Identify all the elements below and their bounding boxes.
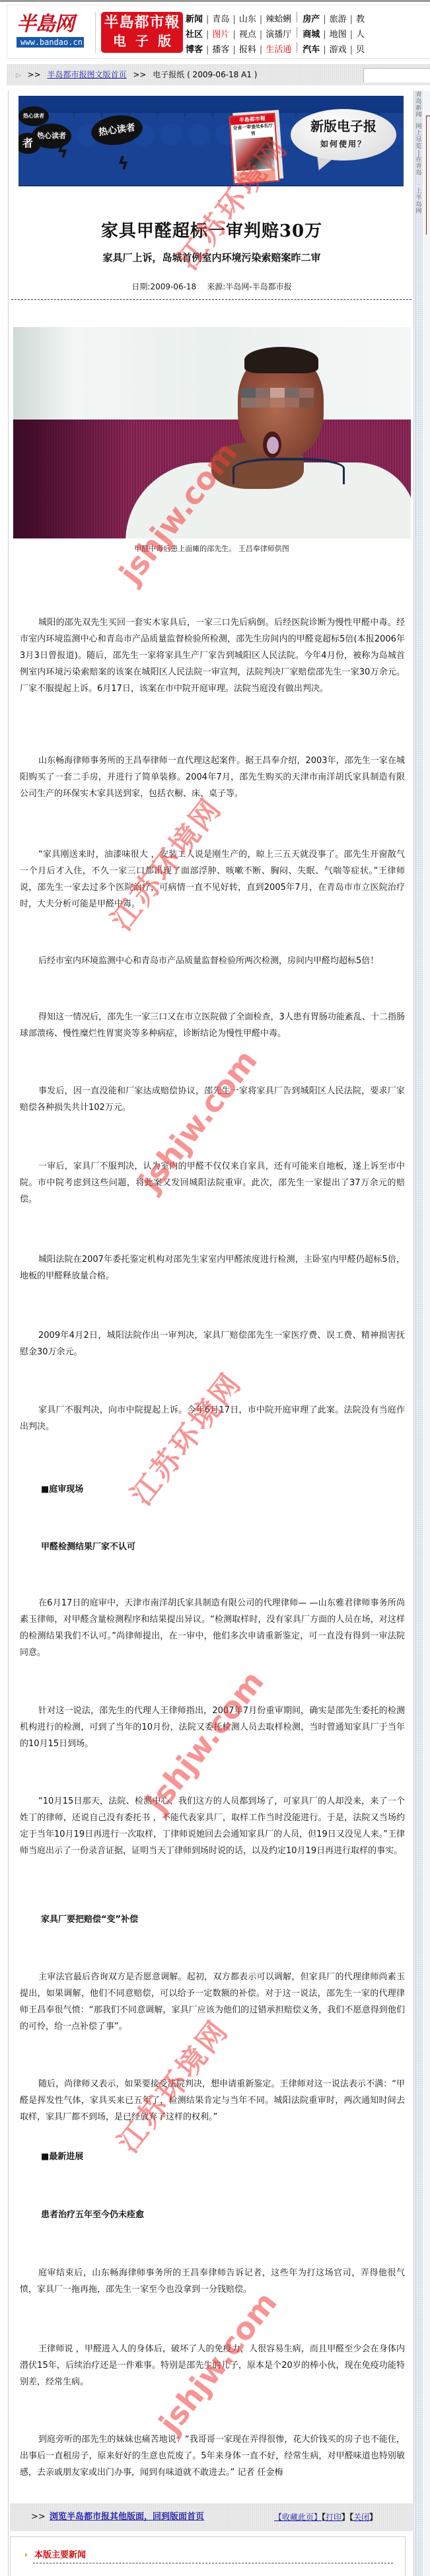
- article-paragraph: 城阳法院在2007年委托鉴定机构对邵先生家室内甲醛浓度进行检测，主卧室内甲醛仍超…: [20, 1251, 405, 1284]
- sidebar-slogan-char: 岛: [415, 202, 423, 208]
- breadcrumb-home-link[interactable]: 半岛都市报图文版首页: [47, 70, 126, 79]
- search-input[interactable]: [363, 68, 430, 83]
- article-source: 来源:半岛网-半岛都市报: [207, 282, 291, 291]
- back-to-edition-link[interactable]: 浏览半岛都市报其他版面，回到版面首页: [50, 2503, 204, 2531]
- epaper-badge-title: 半島都市報: [101, 12, 183, 33]
- article-paragraph: “家具刚送来时，油漆味很大 ，安装工人说是刚生产的，晾上三五天就没事了。邵先生开…: [20, 846, 405, 912]
- article-paragraph: 家具厂不服判决，向市中院提起上诉。今年6月17日，市中院开庭审理了此案。法院没有…: [20, 1402, 405, 1435]
- close-link[interactable]: 关闭: [353, 2513, 369, 2522]
- bracket: 】: [341, 2513, 349, 2522]
- top-nav: 新闻|青岛|山东|辣蛤蜊房产|旅游|教社区|图片|视点|演播厅商城|地图|人博客…: [186, 12, 430, 57]
- red-panel-edge: [426, 116, 430, 235]
- print-link[interactable]: 打印: [326, 2513, 341, 2522]
- article-title: 家具甲醛超标一审判赔30万: [9, 217, 415, 242]
- nav-link[interactable]: 博客: [186, 42, 203, 57]
- sidebar-slogan-char: ·: [415, 182, 423, 188]
- triangle-right-icon: ▷: [16, 72, 21, 79]
- article-paragraph: 一审后，家具厂不服判决，认为室内的甲醛不仅仅来自家具，还有可能来自地板，遂上诉至…: [20, 1158, 405, 1208]
- sidebar-slogan-char: 上: [415, 188, 423, 195]
- dotted-divider: [11, 299, 412, 300]
- article-paragraph: 王律师说 ，甲醛进入人的身体后，破坏了人的免疫力，人很容易生病，而且甲醛至少会在…: [20, 2341, 405, 2390]
- article-paragraph: 主审法官最后咨询双方是否愿意调解。起初，双方都表示可以调解，但家具厂的代理律师尚…: [20, 1969, 405, 2035]
- breadcrumb-current: 电子报纸 ( 2009-06-18 A1 ): [153, 70, 257, 79]
- article-subtitle: 家具厂上诉，岛城首例室内环境污染索赔案昨二审: [9, 250, 415, 264]
- article-paragraph: 庭审结束后，山东畅海律师事务所的王昌奉律师告诉记者，这些年为打这场官司，弄得他很…: [20, 2265, 405, 2298]
- page-tools: 【收藏此页】【打印】【关闭】: [274, 2503, 377, 2531]
- sidebar-slogan-char: 岛: [415, 98, 423, 105]
- nav-link[interactable]: 新闻: [186, 12, 203, 27]
- nav-link[interactable]: 商城: [303, 27, 320, 42]
- article-paragraph: “10月15日那天，法院、检测中心、我们这方的人员都到场了，可家具厂的人却没来，…: [20, 1793, 405, 1859]
- sidebar-slogan-char: 青: [415, 92, 423, 98]
- nav-separator: |: [350, 42, 353, 57]
- sidebar-slogan-char: 新: [415, 105, 423, 112]
- nav-separator: |: [323, 12, 326, 27]
- main-content: 热心读者 热心读者 热心读者 者 ϟ ϟ 半島都市報 全省一审查处6名厅官 新版…: [8, 91, 414, 2576]
- nav-link[interactable]: 图片: [212, 27, 229, 42]
- newspaper-image: 半島都市報 全省一审查处6名厅官: [229, 113, 279, 185]
- article-paragraph: 在6月17日的庭审中，天津市南洋胡氏家具制造有限公司的代理律师— —山东雅君律师…: [20, 1595, 405, 1661]
- section-heading: ■最新进展: [41, 2149, 83, 2165]
- nav-separator: |: [323, 27, 326, 42]
- dotted-divider: [33, 2563, 393, 2563]
- article-paragraph: 2009年4月2日，城阳法院作出一审判决，家具厂赔偿邵先生一家医疗费、误工费、精…: [20, 1327, 405, 1360]
- reader-bubble: 热心读者: [18, 106, 49, 126]
- nav-separator: |: [260, 12, 262, 27]
- sidebar-slogan-char: 在: [415, 157, 423, 163]
- sidebar-slogan-char: 半: [415, 195, 423, 202]
- nav-separator: |: [233, 12, 235, 27]
- nav-group-divider: [297, 12, 297, 22]
- breadcrumb-prefix: >>: [28, 70, 41, 79]
- article-paragraph: 得知这一情况后，邵先生一家三口又在市立医院做了全面检查，3人患有胃肠功能紊乱、十…: [20, 1009, 405, 1042]
- sidebar-slogan-char: 上: [415, 130, 423, 137]
- footer-prefix: >>: [31, 2503, 46, 2531]
- privacy-mosaic: [241, 388, 314, 408]
- article-paragraph: 随后，尚律师又表示，如果要接受法院判决，想申请重新鉴定。王律师对这一说法表示不满…: [20, 2076, 405, 2125]
- nav-separator: |: [206, 27, 209, 42]
- bookmark-link[interactable]: 【收藏此页】: [274, 2513, 322, 2522]
- nav-row: 新闻|青岛|山东|辣蛤蜊房产|旅游|教: [186, 12, 430, 27]
- nav-link[interactable]: 报料: [239, 42, 256, 57]
- newspaper-footer: [236, 170, 275, 183]
- epaper-badge[interactable]: 半島都市報 电子版: [101, 12, 183, 53]
- photo-caption: 甲醛中毒后患上面瘫的邵先生。 王昌奉律师供图: [9, 543, 415, 554]
- nav-link[interactable]: 汽车: [303, 42, 320, 57]
- article-paragraph: 山东畅海律师事务所的王昌奉律师一直代理这起案件。据王昌奉介绍，2003年，邵先生…: [20, 753, 405, 802]
- speech-bubble: 新版电子报 如何使用？: [291, 109, 396, 161]
- article-paragraph: 城阳的邵先双先生买回一套实木家具后，一家三口先后病倒。后经医院诊断为慢性甲醛中毒…: [20, 614, 405, 697]
- article-photo: [13, 327, 411, 538]
- epaper-help-banner[interactable]: 热心读者 热心读者 热心读者 者 ϟ ϟ 半島都市報 全省一审查处6名厅官 新版…: [18, 96, 404, 186]
- nav-link[interactable]: 生活通: [266, 42, 291, 57]
- section-heading: ■庭审现场: [41, 1481, 83, 1498]
- edition-news-box: 本版主要新闻: [10, 2536, 406, 2576]
- nav-group-divider: [297, 42, 297, 53]
- newspaper-photo: [234, 137, 275, 171]
- article-paragraph: 针对这一说法，邵先生的代理人王律师指出，2007年7月份重审期间，确实是邵先生委…: [20, 1703, 405, 1752]
- nav-link[interactable]: 房产: [303, 12, 320, 27]
- nav-link[interactable]: 演播厅: [266, 27, 291, 42]
- header-divider: [95, 12, 96, 53]
- nav-separator: |: [260, 42, 262, 57]
- nav-row: 社区|图片|视点|演播厅商城|地图|人: [186, 27, 430, 42]
- sidebar-slogan-char: 岛: [415, 170, 423, 176]
- breadcrumb-separator: >>: [133, 70, 146, 79]
- bracket: 】: [369, 2513, 377, 2522]
- edition-news-title: 本版主要新闻: [34, 2548, 86, 2560]
- epaper-badge-subtitle: 电子版: [101, 33, 183, 49]
- right-sidebar: [415, 91, 423, 2576]
- nav-link[interactable]: 教: [356, 12, 365, 27]
- sidebar-slogan-char: 青: [415, 163, 423, 170]
- speech-title: 新版电子报: [291, 118, 396, 134]
- right-edge-panel: [423, 91, 430, 2576]
- sidebar-slogan-char: 尽: [415, 137, 423, 143]
- nav-link[interactable]: 人: [356, 27, 365, 42]
- nav-row: 博客|播客|报料|生活通汽车|游戏|贝: [186, 42, 430, 57]
- speech-subtitle: 如何使用？: [291, 138, 396, 149]
- article-date: 日期:2009-06-18: [131, 282, 196, 291]
- nav-separator: |: [260, 27, 262, 42]
- logo-wordmark: 半島网: [17, 13, 89, 36]
- breadcrumb: ▷ >> 半岛都市报图文版首页 >> 电子报纸 ( 2009-06-18 A1 …: [7, 64, 430, 85]
- sidebar-slogan-char: |: [415, 150, 423, 157]
- article-footer-bar: >> 浏览半岛都市报其他版面，回到版面首页 【收藏此页】【打印】【关闭】: [10, 2503, 414, 2531]
- nav-link[interactable]: 播客: [212, 42, 229, 57]
- nav-group-divider: [297, 27, 297, 38]
- nav-link[interactable]: 青岛: [212, 12, 229, 27]
- sidebar-slogan-char: 网: [415, 124, 423, 130]
- nav-link[interactable]: 山东: [239, 12, 256, 27]
- sidebar-slogan-char: 览: [415, 143, 423, 150]
- nav-link[interactable]: 旅游: [330, 12, 347, 27]
- nav-link[interactable]: 辣蛤蜊: [266, 12, 291, 27]
- nav-separator: |: [206, 12, 209, 27]
- article-meta: 日期:2009-06-18来源:半岛网-半岛都市报: [9, 281, 415, 292]
- nav-link[interactable]: 视点: [239, 27, 256, 42]
- newspaper-headline: 全省一审查处6名厅官: [231, 122, 275, 139]
- nav-link[interactable]: 贝: [356, 42, 365, 57]
- arrow-right-icon: [25, 2553, 28, 2557]
- nav-link[interactable]: 社区: [186, 27, 203, 42]
- sub-heading: 患者治疗五年至今仍未痊愈: [41, 2207, 144, 2223]
- sidebar-slogan-char: 闻: [415, 112, 423, 118]
- lightning-icon: ϟ: [57, 142, 68, 162]
- article-paragraph: 事发后，因一直没能和厂家达成赔偿协议，邵先生一家将家具厂告到城阳区人民法院，要求…: [20, 1083, 405, 1116]
- site-header: 半島网 www.bandao.cn 半島都市報 电子版 新闻|青岛|山东|辣蛤蜊…: [7, 5, 430, 59]
- article-paragraph: 后经市室内环境监测中心和青岛市产品质量监督检验所两次检测，房间内甲醛均超标5倍！: [20, 953, 405, 969]
- logo-url: www.bandao.cn: [17, 37, 84, 48]
- sub-heading: 甲醛检测结果厂家不认可: [41, 1539, 135, 1555]
- sub-heading: 家具厂要把赔偿“变”补偿: [41, 1911, 138, 1928]
- nav-separator: |: [323, 42, 326, 57]
- sidebar-vertical-slogan[interactable]: 青岛新闻网上尽览|在青岛·上半岛网: [415, 92, 423, 215]
- nav-link[interactable]: 地图: [330, 27, 347, 42]
- window-top-border: [0, 0, 430, 2]
- bandao-logo[interactable]: 半島网 www.bandao.cn: [17, 13, 89, 53]
- lightning-icon: ϟ: [118, 154, 129, 174]
- nav-separator: |: [233, 27, 235, 42]
- nav-separator: |: [350, 12, 353, 27]
- nav-link[interactable]: 游戏: [330, 42, 347, 57]
- article-paragraph: 到庭旁听的邵先生的妹妹也痛苦地说：“我哥哥一家现在弄得很惨，花大价钱买的房子也不…: [20, 2431, 405, 2481]
- nav-separator: |: [233, 42, 235, 57]
- nav-separator: |: [350, 27, 353, 42]
- nav-separator: |: [206, 42, 209, 57]
- sidebar-slogan-char: 网: [415, 208, 423, 215]
